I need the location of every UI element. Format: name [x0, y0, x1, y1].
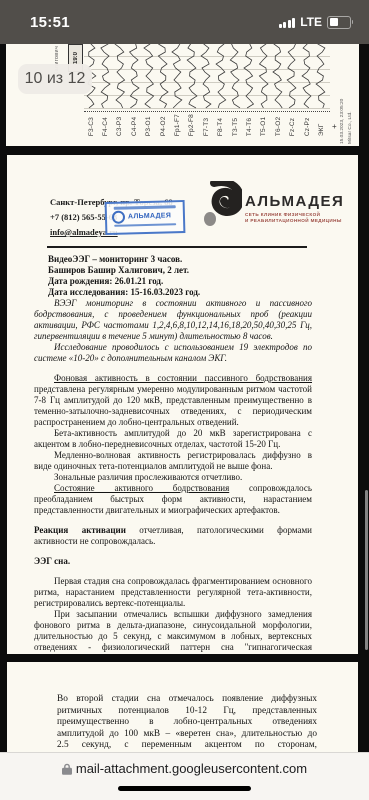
clinic-subtitle: СЕТЬ КЛИНИК ФИЗИЧЕСКОЙ И РЕАБИЛИТАЦИОННО…	[245, 212, 344, 224]
doc-paragraphs: ВЭЭГ мониторинг в состоянии активного и …	[34, 298, 312, 654]
eeg-trace	[113, 44, 127, 110]
lock-icon	[62, 763, 72, 775]
eeg-channel-label: ЭКГ	[314, 114, 328, 136]
eeg-plus-mark: +	[332, 122, 337, 131]
eeg-trace	[300, 44, 314, 110]
doc-paragraph: Зональные различия прослеживаются отчетл…	[34, 472, 312, 483]
page-indicator-badge: 10 из 12	[18, 64, 92, 94]
doc-paragraph: Реакция активации отчетливая, патологиче…	[34, 525, 312, 547]
eeg-channel-label: F7-T3	[199, 114, 213, 136]
eeg-trace	[156, 44, 170, 110]
eeg-trace	[98, 44, 112, 110]
eeg-channel-labels: F3-C3F4-C4C3-P3C4-P4P3-O1P4-O2Fp1-F7Fp2-…	[84, 114, 330, 136]
patient-name: Баширов Башир Халигович, 2 лет.	[48, 265, 312, 276]
eeg-channel-label: C3-P3	[113, 114, 127, 136]
doc-paragraph: Состояние активного бодрствования сопров…	[34, 483, 312, 516]
eeg-strip-photo[interactable]: Халигович 19:0 F3-C3F4-C4C3-P3C4-P4P3-O1…	[6, 44, 359, 146]
report-page2-paragraph: Во второй стадии сна отмечалось появлени…	[57, 694, 317, 752]
eeg-channel-label: Fp2-F8	[185, 114, 199, 136]
eeg-channel-row	[84, 44, 330, 110]
doc-paragraph: Фоновая активность в состоянии пассивног…	[34, 373, 312, 428]
report-body: ВидеоЭЭГ – мониторинг 3 часов. Баширов Б…	[34, 254, 312, 654]
eeg-channel-label: T6-O2	[271, 114, 285, 136]
eeg-trace	[257, 44, 271, 110]
eeg-trace	[170, 44, 184, 110]
eeg-channel-label: Fz-Cz	[285, 114, 299, 136]
address-bar[interactable]: mail-attachment.googleusercontent.com	[0, 761, 369, 776]
eeg-trace	[271, 44, 285, 110]
status-bar: 15:51 LTE	[0, 0, 369, 44]
stamp-decoration	[114, 223, 176, 227]
eeg-channel-label: T4-T6	[242, 114, 256, 136]
report-header-block: ВидеоЭЭГ – мониторинг 3 часов. Баширов Б…	[48, 254, 312, 298]
clinic-stamp: АЛЬМАДЕЯ	[105, 200, 186, 235]
eeg-channel-label: P4-O2	[156, 114, 170, 136]
doc-paragraph: Медленно-волновая активность регистриров…	[34, 450, 312, 472]
study-date: Дата исследования: 15-16.03.2023 год.	[48, 287, 312, 298]
eeg-trace	[228, 44, 242, 110]
network-type-label: LTE	[300, 15, 322, 29]
eeg-trace	[214, 44, 228, 110]
eeg-timestamp: 15.03.2023, 23:05:20	[340, 44, 345, 144]
eeg-channel-label: C4-P4	[127, 114, 141, 136]
header-divider	[47, 246, 307, 248]
eeg-vendor: Mitsar Co., Ltd.	[348, 44, 353, 144]
eeg-trace	[314, 44, 328, 110]
doc-paragraph: ЭЭГ сна.	[34, 556, 312, 567]
eeg-trace-grid	[84, 44, 330, 112]
url-text: mail-attachment.googleusercontent.com	[76, 761, 307, 776]
eeg-channel-label: Cz-Pz	[300, 114, 314, 136]
doc-paragraph: ВЭЭГ мониторинг в состоянии активного и …	[34, 298, 312, 342]
eeg-trace	[142, 44, 156, 110]
browser-bottom-bar: mail-attachment.googleusercontent.com	[0, 752, 369, 800]
eeg-channel-label: Fp1-F7	[170, 114, 184, 136]
eeg-trace	[127, 44, 141, 110]
eeg-trace	[242, 44, 256, 110]
doc-paragraph: Бета-активность амплитудой до 20 мкВ зар…	[34, 428, 312, 450]
report-title: ВидеоЭЭГ – мониторинг 3 часов.	[48, 254, 312, 265]
doc-paragraph: При засыпании отмечались вспышки диффузн…	[34, 609, 312, 654]
clinic-name: АЛЬМАДЕЯ	[245, 193, 344, 210]
eeg-trace	[185, 44, 199, 110]
signal-strength-icon	[279, 17, 296, 28]
home-indicator[interactable]	[118, 786, 251, 791]
eeg-trace	[285, 44, 299, 110]
stamp-logo-icon	[112, 210, 125, 223]
report-page2-photo[interactable]: Во второй стадии сна отмечалось появлени…	[7, 662, 358, 752]
birth-date: Дата рождения: 26.01.21 год.	[48, 276, 312, 287]
eeg-channel-label: F3-C3	[84, 114, 98, 136]
stamp-name: АЛЬМАДЕЯ	[128, 212, 171, 220]
scrollbar-thumb[interactable]	[365, 490, 368, 650]
report-page1-photo[interactable]: Санкт-Петербург, пр. Тореза, 68 +7 (812)…	[7, 155, 358, 654]
doc-paragraph: Исследование проводилось с использование…	[34, 342, 312, 364]
almadeya-logo-icon	[200, 181, 242, 234]
eeg-channel-label: F4-C4	[98, 114, 112, 136]
status-right-cluster: LTE	[279, 15, 351, 29]
eeg-channel-label: T5-O1	[257, 114, 271, 136]
status-time: 15:51	[30, 14, 70, 31]
eeg-channel-label: F8-T4	[214, 114, 228, 136]
eeg-meta: 15.03.2023, 23:05:20 Mitsar Co., Ltd.	[340, 44, 353, 144]
report-letterhead: Санкт-Петербург, пр. Тореза, 68 +7 (812)…	[7, 155, 358, 251]
eeg-channel-label: T3-T5	[228, 114, 242, 136]
eeg-trace	[199, 44, 213, 110]
eeg-channel-label: P3-O1	[142, 114, 156, 136]
doc-paragraph: Первая стадия сна сопровождалась фрагмен…	[34, 576, 312, 609]
battery-icon	[327, 16, 351, 29]
